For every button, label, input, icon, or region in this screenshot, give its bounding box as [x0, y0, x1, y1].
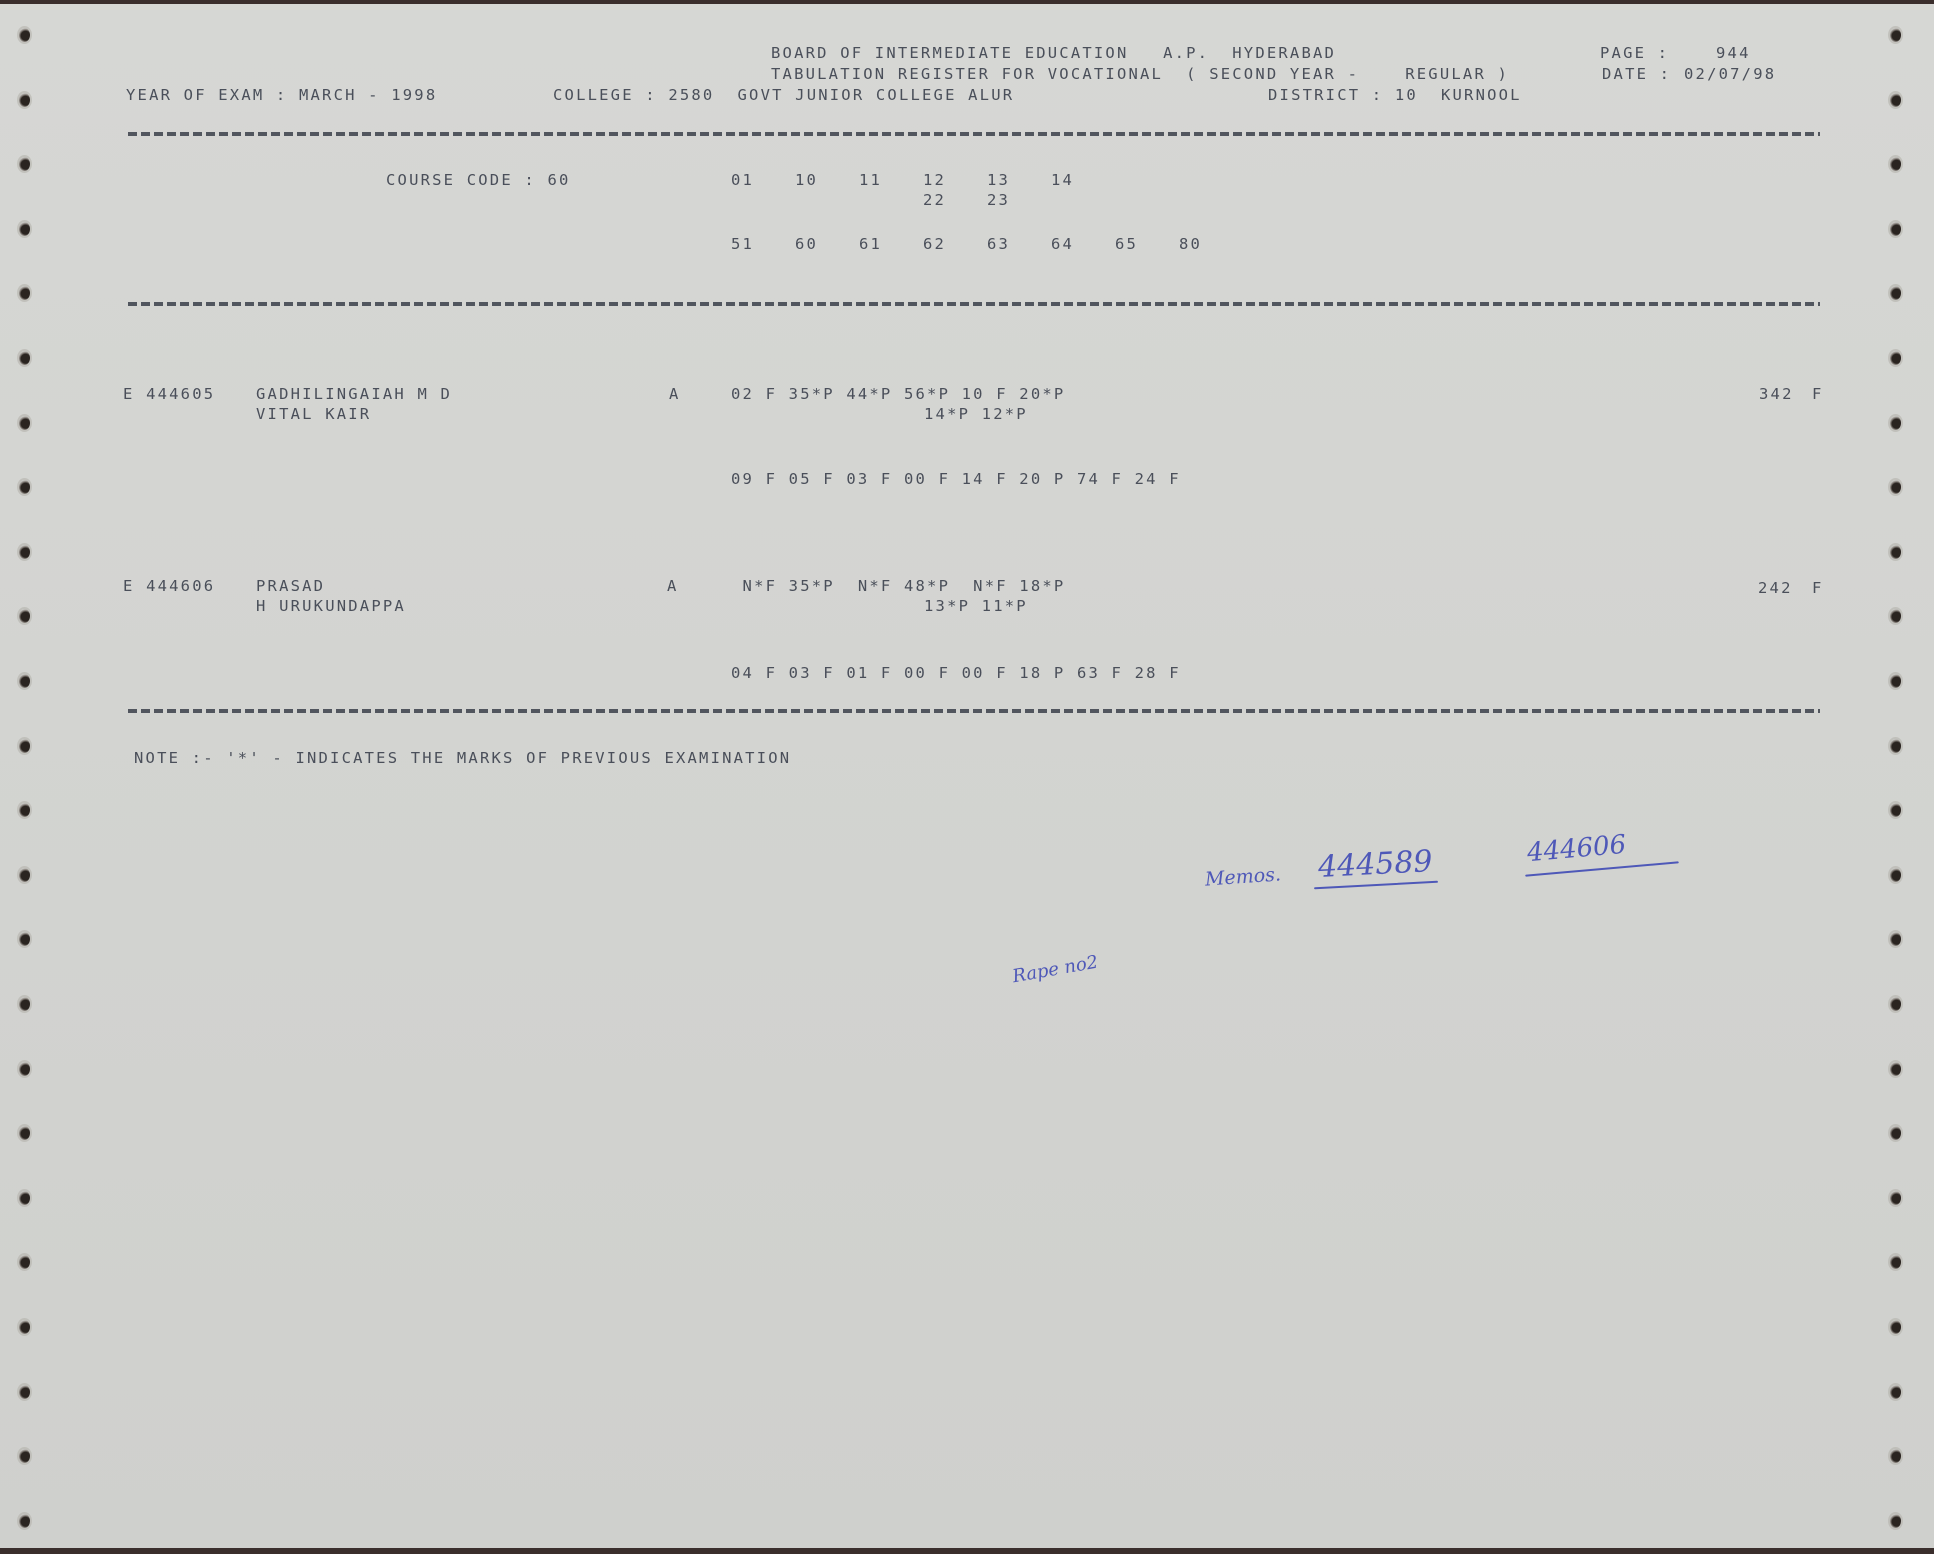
feed-hole: [19, 1514, 30, 1528]
feed-hole: [1890, 868, 1901, 882]
feed-hole: [1890, 932, 1901, 946]
subject-code: 01: [731, 171, 754, 189]
medium: A: [669, 385, 681, 403]
feed-hole: [1890, 674, 1901, 688]
feed-hole: [19, 932, 30, 946]
feed-hole: [1890, 1514, 1901, 1528]
subject-code: 64: [1051, 235, 1074, 253]
hall-ticket-number: E 444605: [123, 385, 215, 403]
feed-hole: [19, 609, 30, 623]
feed-hole: [19, 1126, 30, 1140]
year-of-exam: YEAR OF EXAM : MARCH - 1998: [126, 86, 437, 104]
marks-row1b: 13*P 11*P: [924, 597, 1028, 615]
feed-hole: [1890, 739, 1901, 753]
district: DISTRICT : 10 KURNOOL: [1268, 86, 1522, 104]
subject-code: 62: [923, 235, 946, 253]
feed-hole: [19, 803, 30, 817]
handwritten-memo-number: 444589: [1317, 844, 1433, 885]
separator-line: [128, 132, 1820, 136]
subject-code: 65: [1115, 235, 1138, 253]
subject-code: 10: [795, 171, 818, 189]
feed-hole: [1890, 1191, 1901, 1205]
handwritten-memo-number: 444606: [1526, 830, 1628, 869]
feed-hole: [1890, 351, 1901, 365]
feed-hole: [1890, 28, 1901, 42]
student-name: GADHILINGAIAH M D: [256, 385, 452, 403]
feed-hole: [1890, 1385, 1901, 1399]
college: COLLEGE : 2580 GOVT JUNIOR COLLEGE ALUR: [553, 86, 1014, 104]
father-name: VITAL KAIR: [256, 405, 371, 423]
separator-line: [128, 302, 1820, 306]
marks-row1b: 14*P 12*P: [924, 405, 1028, 423]
register-title: TABULATION REGISTER FOR VOCATIONAL ( SEC…: [771, 65, 1509, 83]
feed-hole: [1890, 222, 1901, 236]
total-marks: 342: [1759, 385, 1794, 403]
feed-hole: [1890, 997, 1901, 1011]
feed-hole: [1890, 480, 1901, 494]
hall-ticket-number: E 444606: [123, 577, 215, 595]
feed-hole: [1890, 1126, 1901, 1140]
feed-hole: [19, 1449, 30, 1463]
feed-hole: [1890, 157, 1901, 171]
separator-line: [128, 709, 1820, 713]
subject-code: 60: [795, 235, 818, 253]
subject-code: 51: [731, 235, 754, 253]
feed-hole: [1890, 286, 1901, 300]
subject-code: 80: [1179, 235, 1202, 253]
feed-hole: [19, 93, 30, 107]
feed-hole: [19, 1191, 30, 1205]
feed-hole: [19, 222, 30, 236]
feed-hole: [19, 739, 30, 753]
feed-hole: [1890, 1062, 1901, 1076]
feed-hole: [1890, 1255, 1901, 1269]
feed-hole: [19, 674, 30, 688]
feed-hole: [19, 286, 30, 300]
page-number: 944: [1716, 44, 1751, 62]
feed-hole: [1890, 93, 1901, 107]
course-code: COURSE CODE : 60: [386, 171, 571, 189]
student-name: PRASAD: [256, 577, 325, 595]
subject-code: 23: [987, 191, 1010, 209]
result: F: [1812, 579, 1824, 597]
marks-row2: 04 F 03 F 01 F 00 F 00 F 18 P 63 F 28 F: [731, 664, 1181, 682]
subject-code: 61: [859, 235, 882, 253]
handwritten-initials: Rape no2: [1011, 952, 1100, 988]
feed-hole: [1890, 545, 1901, 559]
feed-hole: [19, 1255, 30, 1269]
print-date: 02/07/98: [1684, 65, 1776, 83]
feed-hole: [19, 1385, 30, 1399]
feed-hole: [1890, 609, 1901, 623]
feed-hole: [19, 1320, 30, 1334]
feed-hole: [19, 157, 30, 171]
feed-hole: [19, 416, 30, 430]
board-title: BOARD OF INTERMEDIATE EDUCATION A.P. HYD…: [771, 44, 1336, 62]
marks-row2: 09 F 05 F 03 F 00 F 14 F 20 P 74 F 24 F: [731, 470, 1181, 488]
footnote: NOTE :- '*' - INDICATES THE MARKS OF PRE…: [134, 749, 791, 767]
father-name: H URUKUNDAPPA: [256, 597, 406, 615]
date-label: DATE :: [1602, 65, 1671, 83]
total-marks: 242: [1758, 579, 1793, 597]
feed-hole: [19, 997, 30, 1011]
marks-row1: N*F 35*P N*F 48*P N*F 18*P: [731, 577, 1065, 595]
feed-hole: [19, 480, 30, 494]
feed-hole: [1890, 1449, 1901, 1463]
feed-hole: [1890, 803, 1901, 817]
handwritten-memos-label: Memos.: [1204, 863, 1281, 890]
subject-code: 22: [923, 191, 946, 209]
medium: A: [667, 577, 679, 595]
feed-hole: [19, 28, 30, 42]
tabulation-register-sheet: BOARD OF INTERMEDIATE EDUCATION A.P. HYD…: [0, 4, 1934, 1548]
feed-hole: [19, 1062, 30, 1076]
feed-hole: [19, 545, 30, 559]
feed-hole: [1890, 1320, 1901, 1334]
subject-code: 11: [859, 171, 882, 189]
feed-hole: [19, 351, 30, 365]
subject-code: 12: [923, 171, 946, 189]
subject-code: 13: [987, 171, 1010, 189]
subject-code: 14: [1051, 171, 1074, 189]
marks-row1: 02 F 35*P 44*P 56*P 10 F 20*P: [731, 385, 1065, 403]
subject-code: 63: [987, 235, 1010, 253]
result: F: [1812, 385, 1824, 403]
feed-hole: [1890, 416, 1901, 430]
page-label: PAGE :: [1600, 44, 1669, 62]
feed-hole: [19, 868, 30, 882]
